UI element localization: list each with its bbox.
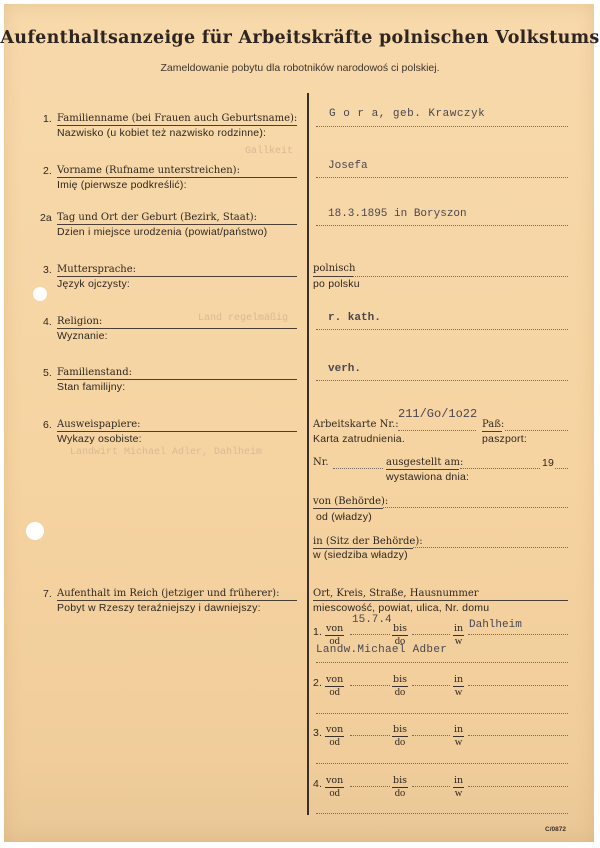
dotted-entry-line — [353, 276, 568, 277]
year-prefix: 19 — [542, 457, 554, 469]
authority-label-de: von (Behörde): — [313, 496, 388, 507]
underline — [313, 508, 383, 509]
mother-tongue-label-de: Muttersprache: — [57, 264, 136, 275]
underline — [57, 276, 297, 277]
address-header-de: Ort, Kreis, Straße, Hausnummer — [313, 588, 479, 599]
dotted-entry-line — [316, 225, 568, 226]
dotted-entry-line — [316, 813, 568, 814]
dotted-entry-line — [505, 430, 568, 431]
dotted-entry-line — [468, 685, 568, 686]
in-label: inw — [453, 724, 464, 749]
punch-hole — [33, 287, 47, 301]
bleed-through-text: Gallkeit — [245, 146, 293, 157]
in-label: inw — [453, 775, 464, 800]
in-label: inw — [453, 623, 464, 648]
dotted-entry-line — [316, 126, 568, 127]
dotted-entry-line — [350, 735, 390, 736]
dotted-entry-line — [413, 547, 568, 548]
passport-label-pl: paszport: — [482, 433, 527, 445]
dotted-entry-line — [412, 685, 450, 686]
bleed-through-text: Landwirt Michael Adler, Dahlheim — [70, 447, 262, 458]
dotted-entry-line — [555, 468, 568, 469]
to-label: bisdo — [392, 674, 408, 699]
mother-tongue-value-pl: po polsku — [313, 278, 360, 290]
field-number: 2. — [43, 165, 52, 177]
entry-1-place-value[interactable]: Dahlheim — [469, 619, 522, 631]
underline — [313, 276, 353, 277]
residence-label-de: Aufenthalt im Reich (jetziger und früher… — [57, 588, 279, 599]
entry-number: 2. — [313, 677, 322, 689]
dotted-entry-line — [333, 468, 383, 469]
entry-1-detail-value[interactable]: Landw.Michael Adber — [316, 644, 447, 656]
religion-label-pl: Wyznanie: — [57, 330, 108, 342]
underline — [313, 600, 568, 601]
entry-1-from-value[interactable]: 15.7.4 — [352, 614, 392, 626]
dotted-entry-line — [468, 786, 568, 787]
mother-tongue-value-de: polnisch — [313, 263, 355, 274]
from-label: vonod — [325, 775, 344, 800]
entry-number: 1. — [313, 626, 322, 638]
id-papers-label-pl: Wykazy osobiste: — [57, 433, 142, 445]
work-card-label-de: Arbeitskarte Nr.: — [313, 419, 399, 430]
form-subtitle: Zameldowanie pobytu dla robotników narod… — [0, 62, 600, 74]
in-label: inw — [453, 674, 464, 699]
marital-status-label-pl: Stan familijny: — [57, 381, 125, 393]
underline — [57, 125, 297, 126]
birth-label-de: Tag und Ort der Geburt (Bezirk, Staat): — [57, 212, 257, 223]
dotted-entry-line — [316, 329, 568, 330]
underline — [482, 431, 502, 432]
dotted-entry-line — [350, 786, 390, 787]
first-name-value[interactable]: Josefa — [328, 160, 368, 172]
dotted-entry-line — [468, 634, 568, 635]
dotted-entry-line — [383, 507, 568, 508]
dotted-entry-line — [412, 786, 450, 787]
surname-label-de: Familienname (bei Frauen auch Geburtsnam… — [57, 113, 297, 124]
field-number: 3. — [43, 264, 52, 276]
surname-value[interactable]: G o r a, geb. Krawczyk — [329, 108, 485, 120]
bleed-through-text: Land regelmäßig — [198, 313, 288, 324]
field-number: 5. — [43, 367, 52, 379]
religion-value[interactable]: r. kath. — [328, 312, 381, 324]
surname-label-pl: Nazwisko (u kobiet też nazwisko rodzinne… — [57, 127, 266, 139]
dotted-entry-line — [350, 685, 390, 686]
issued-label-pl: wystawiona dnia: — [386, 471, 469, 483]
underline — [57, 431, 297, 432]
underline — [386, 469, 459, 470]
first-name-label-de: Vorname (Rufname unterstreichen): — [57, 165, 240, 176]
passport-label-de: Paß: — [482, 419, 504, 430]
dotted-entry-line — [316, 662, 568, 663]
underline — [57, 379, 297, 380]
form-title: Aufenthaltsanzeige für Arbeitskräfte pol… — [0, 28, 600, 48]
dotted-entry-line — [316, 763, 568, 764]
first-name-label-pl: Imię (pierwsze podkreślić): — [57, 179, 187, 191]
work-card-label-pl: Karta zatrudnienia. — [313, 433, 405, 445]
dotted-entry-line — [412, 735, 450, 736]
entry-number: 4. — [313, 778, 322, 790]
dotted-entry-line — [412, 634, 450, 635]
authority-label-pl: od (władzy) — [316, 511, 372, 523]
id-papers-label-de: Ausweispapiere: — [57, 419, 141, 430]
from-label: vonod — [325, 674, 344, 699]
residence-label-pl: Pobyt w Rzeszy teraźniejszy i dawniejszy… — [57, 602, 261, 614]
authority-seat-label-de: in (Sitz der Behörde): — [313, 536, 423, 547]
birth-value[interactable]: 18.3.1895 in Boryszon — [328, 208, 467, 220]
authority-seat-label-pl: w (siedziba władzy) — [313, 549, 408, 561]
dotted-entry-line — [398, 430, 476, 431]
marital-status-label-de: Familienstand: — [57, 367, 132, 378]
underline — [57, 224, 297, 225]
from-label: vonod — [325, 724, 344, 749]
dotted-entry-line — [460, 468, 540, 469]
dotted-entry-line — [468, 735, 568, 736]
underline — [57, 328, 297, 329]
birth-label-pl: Dzien i miejsce urodzenia (powiat/państw… — [57, 226, 267, 238]
to-label: bisdo — [392, 775, 408, 800]
marital-status-value[interactable]: verh. — [328, 363, 361, 375]
field-number: 4. — [43, 316, 52, 328]
dotted-entry-line — [350, 634, 390, 635]
dotted-entry-line — [316, 713, 568, 714]
issued-label-de: ausgestellt am: — [386, 457, 463, 468]
address-header-pl: miescowość, powiat, ulica, Nr. domu — [313, 602, 489, 614]
dotted-entry-line — [316, 177, 568, 178]
to-label: bisdo — [392, 724, 408, 749]
punch-hole — [26, 522, 44, 540]
mother-tongue-label-pl: Język ojczysty: — [57, 278, 130, 290]
nr-label: Nr. — [313, 457, 329, 468]
entry-number: 3. — [313, 727, 322, 739]
form-code: C/0872 — [545, 826, 566, 833]
underline — [57, 600, 297, 601]
underline — [57, 177, 297, 178]
field-number: 7. — [43, 588, 52, 600]
column-divider — [307, 93, 309, 815]
religion-label-de: Religion: — [57, 316, 102, 327]
field-number: 1. — [43, 113, 52, 125]
field-number: 6. — [43, 419, 52, 431]
work-card-number[interactable]: 211/Go/1o22 — [398, 407, 477, 421]
dotted-entry-line — [316, 380, 568, 381]
field-number: 2a — [40, 212, 52, 224]
